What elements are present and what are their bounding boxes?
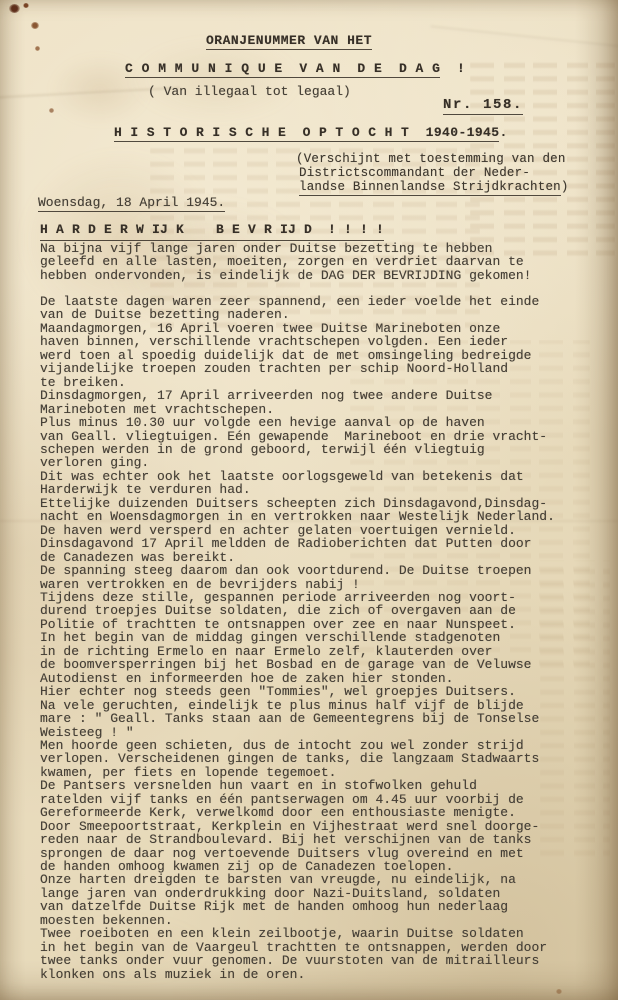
permission-note-line3-text: landse Binnenlandse Strijdkrachten [299,180,561,196]
headline: H A R D E R W IJ K B E V R IJ D ! ! ! ! [40,222,384,237]
ink-spot [35,46,40,51]
paper-crease [430,26,618,50]
masthead-main-title: C O M M U N I Q U E V A N D E D A G ! [125,61,465,76]
masthead-subtitle: ( Van illegaal tot legaal) [148,84,351,99]
article-body: De laatste dagen waren zeer spannend, ee… [40,295,555,981]
masthead-main-title-exclamation: ! [440,61,465,76]
masthead-series-title-text: ORANJENUMMER VAN HET [206,33,372,50]
ink-spot [9,4,20,13]
ink-spot [49,108,54,113]
edition-title-period: . [499,125,507,140]
ink-spot [23,3,29,8]
permission-note-line2: Districtscommandant der Neder- [299,166,530,180]
permission-note-close-paren: ) [561,180,569,194]
ink-spot [556,989,562,994]
paper-stain [130,40,300,120]
scanned-document-page: ORANJENUMMER VAN HET C O M M U N I Q U E… [0,0,618,1000]
edition-title: H I S T O R I S C H E O P T O C H T 1940… [114,125,508,140]
permission-note-line1: (Verschijnt met toestemming van den [296,152,566,166]
edition-title-text: H I S T O R I S C H E O P T O C H T 1940… [114,125,499,142]
masthead-series-title: ORANJENUMMER VAN HET [206,33,372,48]
issue-number-text: Nr. 158. [443,97,523,115]
dateline: Woensdag, 18 April 1945. [38,195,225,210]
lead-paragraph: Na bijna vijf lange jaren onder Duitse b… [40,242,531,282]
dateline-text: Woensdag, 18 April 1945. [38,195,225,212]
issue-number: Nr. 158. [443,97,523,113]
masthead-main-title-text: C O M M U N I Q U E V A N D E D A G [125,61,440,78]
ink-spot [31,22,39,29]
headline-text: H A R D E R W IJ K B E V R IJ D ! ! ! ! [40,222,384,241]
permission-note-line3: landse Binnenlandse Strijdkrachten) [299,180,569,194]
